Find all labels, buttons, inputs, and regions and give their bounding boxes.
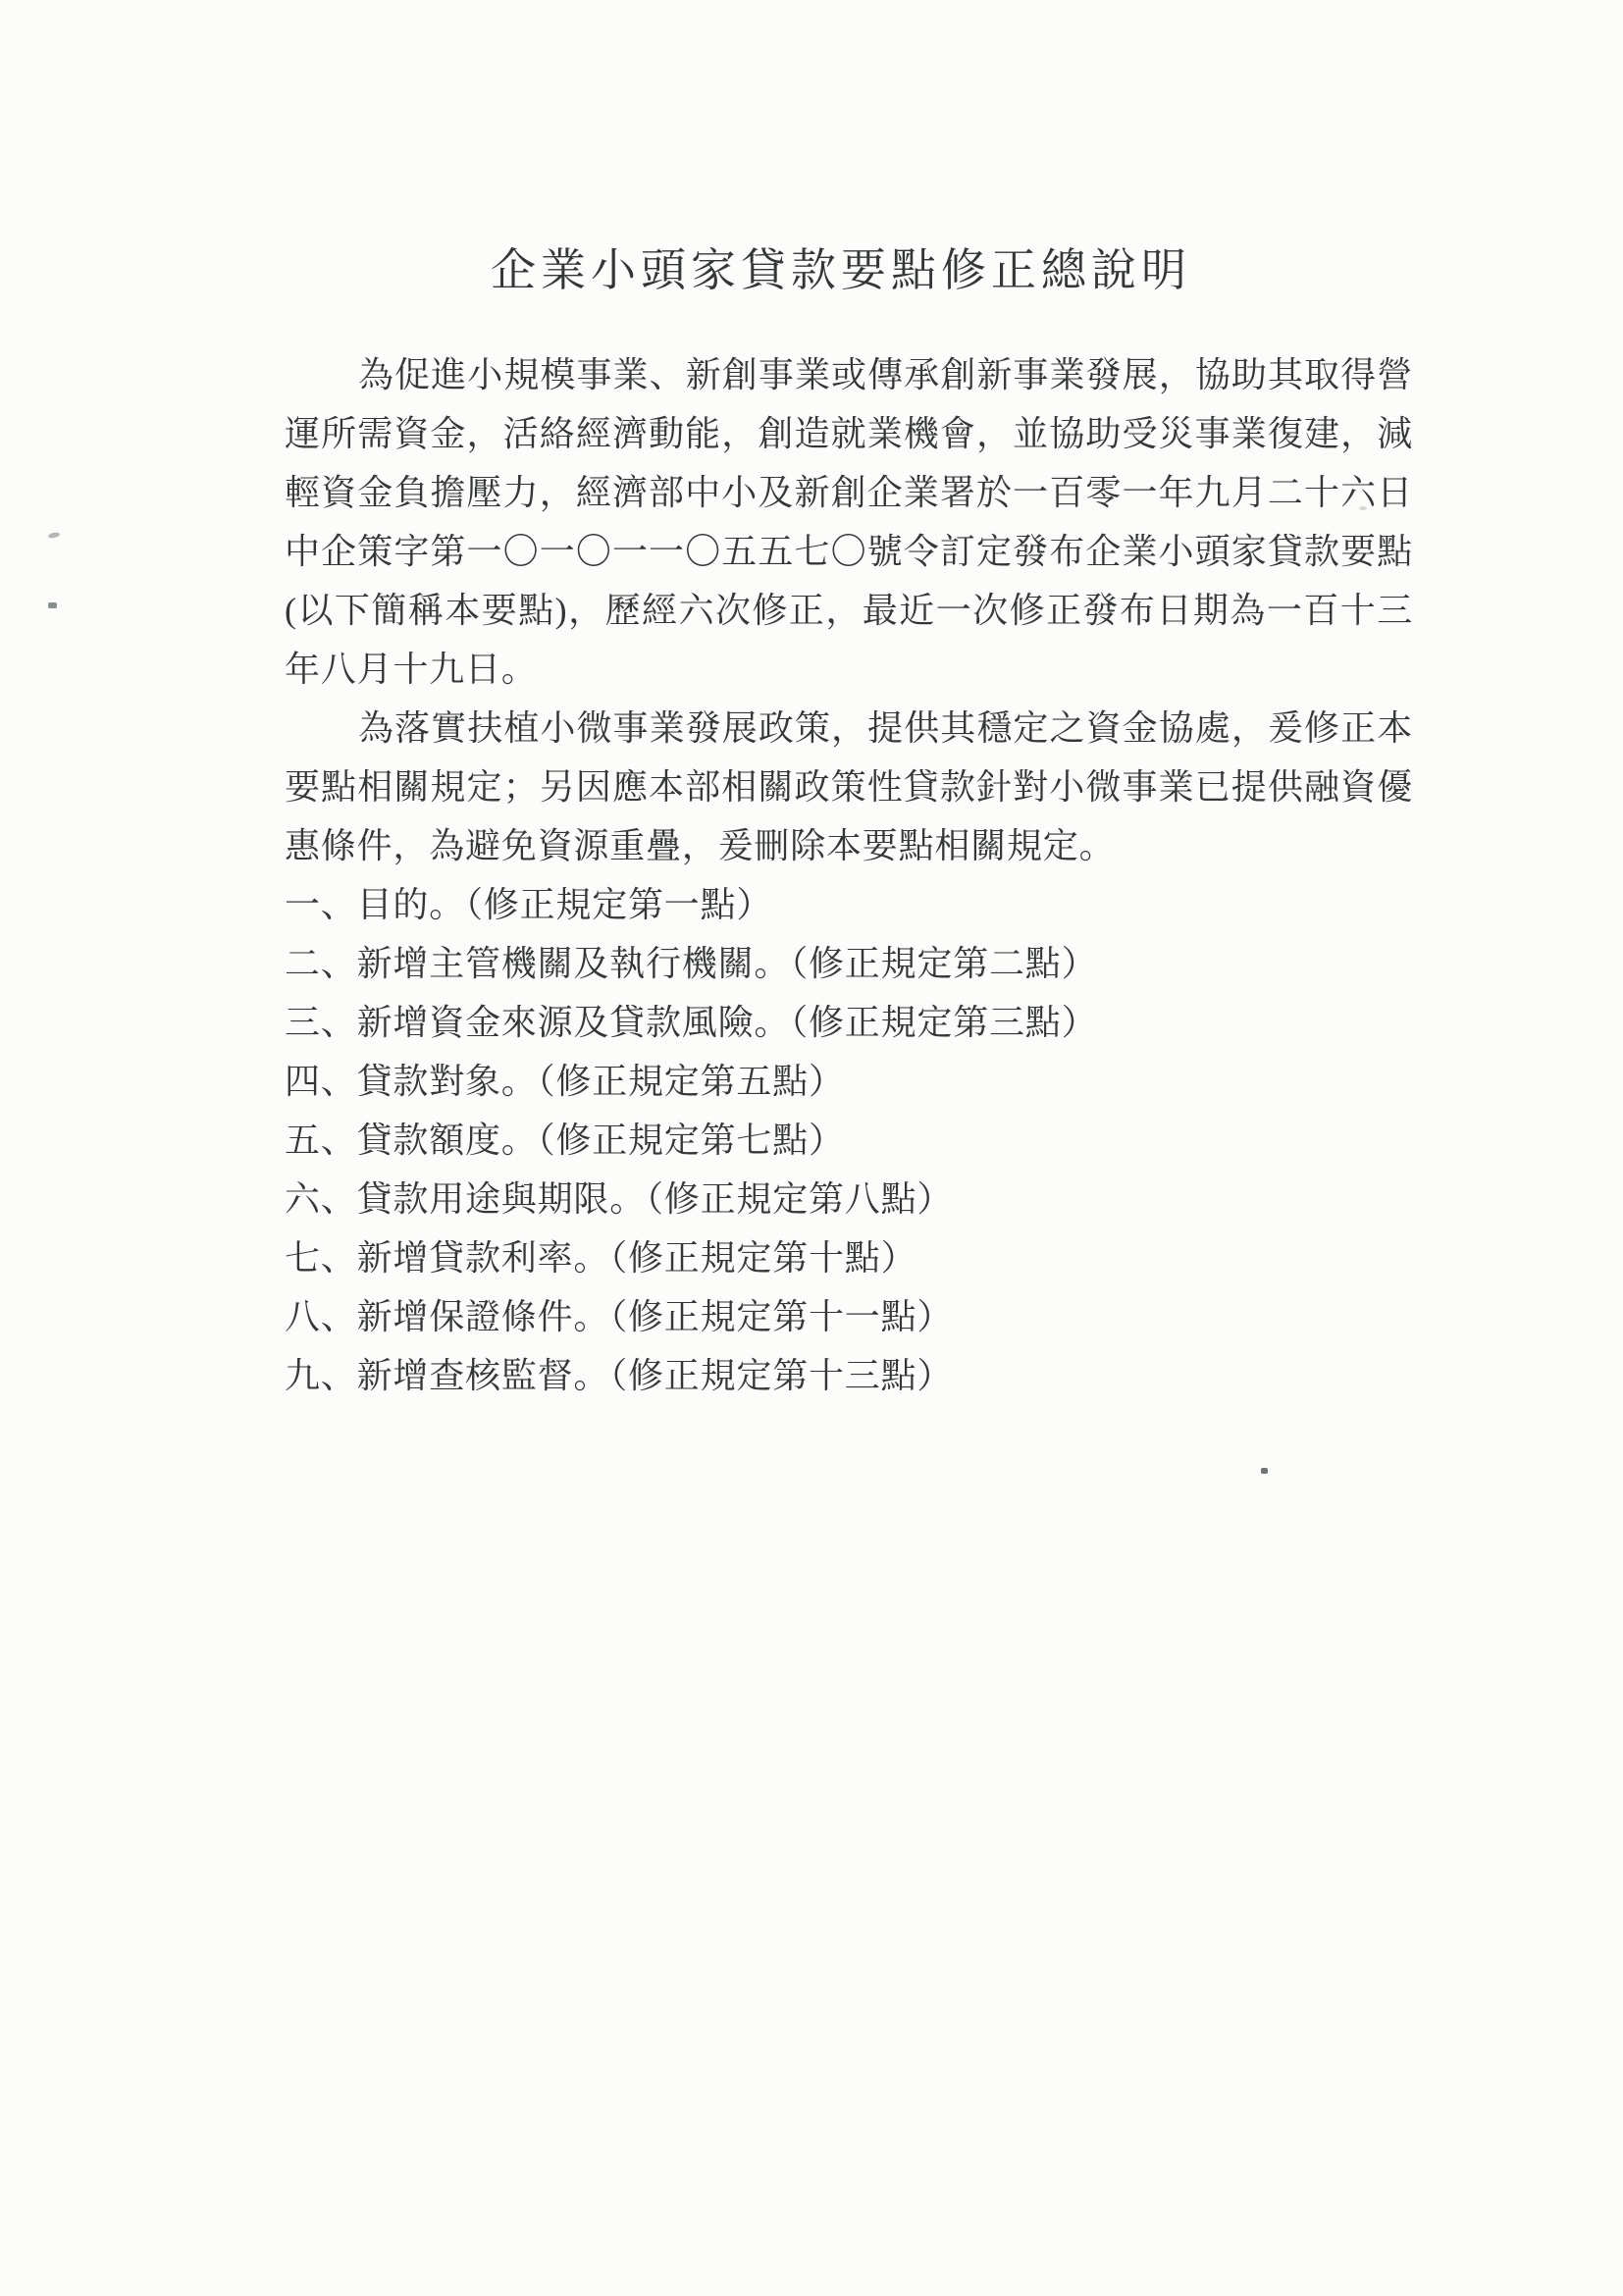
paragraph-line: 年八月十九日。 xyxy=(285,640,1413,699)
scan-speck xyxy=(1359,506,1367,510)
document-body: 為促進小規模事業、新創事業或傳承創新事業發展，協助其取得營 運所需資金，活絡經濟… xyxy=(285,345,1413,1405)
scan-speck xyxy=(1261,1468,1268,1474)
document-title: 企業小頭家貸款要點修正總說明 xyxy=(491,243,1191,298)
list-item-8: 八、新增保證條件。（修正規定第十一點） xyxy=(285,1287,1413,1346)
paragraph-line: 中企策字第一〇一〇一一〇五五七〇號令訂定發布企業小頭家貸款要點 xyxy=(285,522,1413,581)
list-item-5: 五、貸款額度。（修正規定第七點） xyxy=(285,1111,1413,1170)
list-item-4: 四、貸款對象。（修正規定第五點） xyxy=(285,1052,1413,1111)
list-item-9: 九、新增查核監督。（修正規定第十三點） xyxy=(285,1346,1413,1405)
scan-speck xyxy=(48,532,61,539)
paragraph-line: 惠條件，為避免資源重疊，爰刪除本要點相關規定。 xyxy=(285,816,1413,875)
list-item-3: 三、新增資金來源及貸款風險。（修正規定第三點） xyxy=(285,993,1413,1052)
paragraph-line: 為落實扶植小微事業發展政策，提供其穩定之資金協處，爰修正本 xyxy=(285,699,1413,757)
paragraph-line: 要點相關規定；另因應本部相關政策性貸款針對小微事業已提供融資優 xyxy=(285,757,1413,816)
paragraph-line: 為促進小規模事業、新創事業或傳承創新事業發展，協助其取得營 xyxy=(285,345,1413,404)
paragraph-line: 運所需資金，活絡經濟動能，創造就業機會，並協助受災事業復建，減 xyxy=(285,404,1413,463)
paragraph-line: (以下簡稱本要點)，歷經六次修正，最近一次修正發布日期為一百十三 xyxy=(285,581,1413,640)
list-item-6: 六、貸款用途與期限。（修正規定第八點） xyxy=(285,1170,1413,1228)
paragraph-line: 輕資金負擔壓力，經濟部中小及新創企業署於一百零一年九月二十六日 xyxy=(285,463,1413,522)
list-item-2: 二、新增主管機關及執行機關。（修正規定第二點） xyxy=(285,934,1413,993)
list-item-1: 一、目的。（修正規定第一點） xyxy=(285,875,1413,934)
document-page: 企業小頭家貸款要點修正總說明 為促進小規模事業、新創事業或傳承創新事業發展，協助… xyxy=(0,0,1623,2296)
scan-speck xyxy=(48,602,57,608)
list-item-7: 七、新增貸款利率。（修正規定第十點） xyxy=(285,1228,1413,1287)
